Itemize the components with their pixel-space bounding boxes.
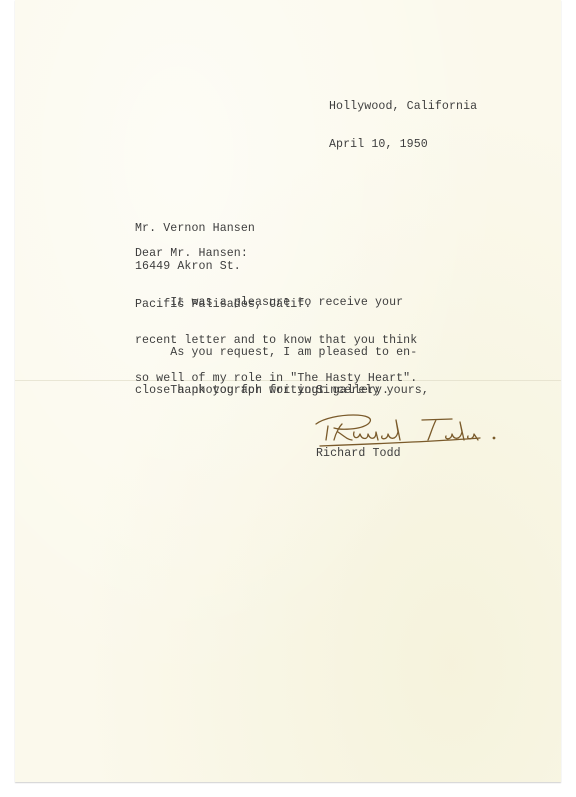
heading-place: Hollywood, California	[329, 101, 477, 114]
letter-heading: Hollywood, California April 10, 1950	[329, 76, 477, 177]
closing: Sincerely yours,	[316, 385, 429, 398]
salutation: Dear Mr. Hansen:	[135, 248, 248, 261]
recipient-name: Mr. Vernon Hansen	[135, 223, 311, 236]
paragraph-line: Thank you for writing.	[135, 385, 326, 398]
body-paragraph-3: Thank you for writing.	[135, 360, 326, 423]
paragraph-line: It was a pleasure to receive your	[135, 297, 417, 310]
paragraph-line: As you request, I am pleased to en-	[135, 347, 417, 360]
letter-paper: Hollywood, California April 10, 1950 Mr.…	[15, 0, 561, 782]
handwritten-signature	[312, 410, 512, 450]
typed-signature-name: Richard Todd	[316, 448, 401, 461]
heading-date: April 10, 1950	[329, 139, 477, 152]
